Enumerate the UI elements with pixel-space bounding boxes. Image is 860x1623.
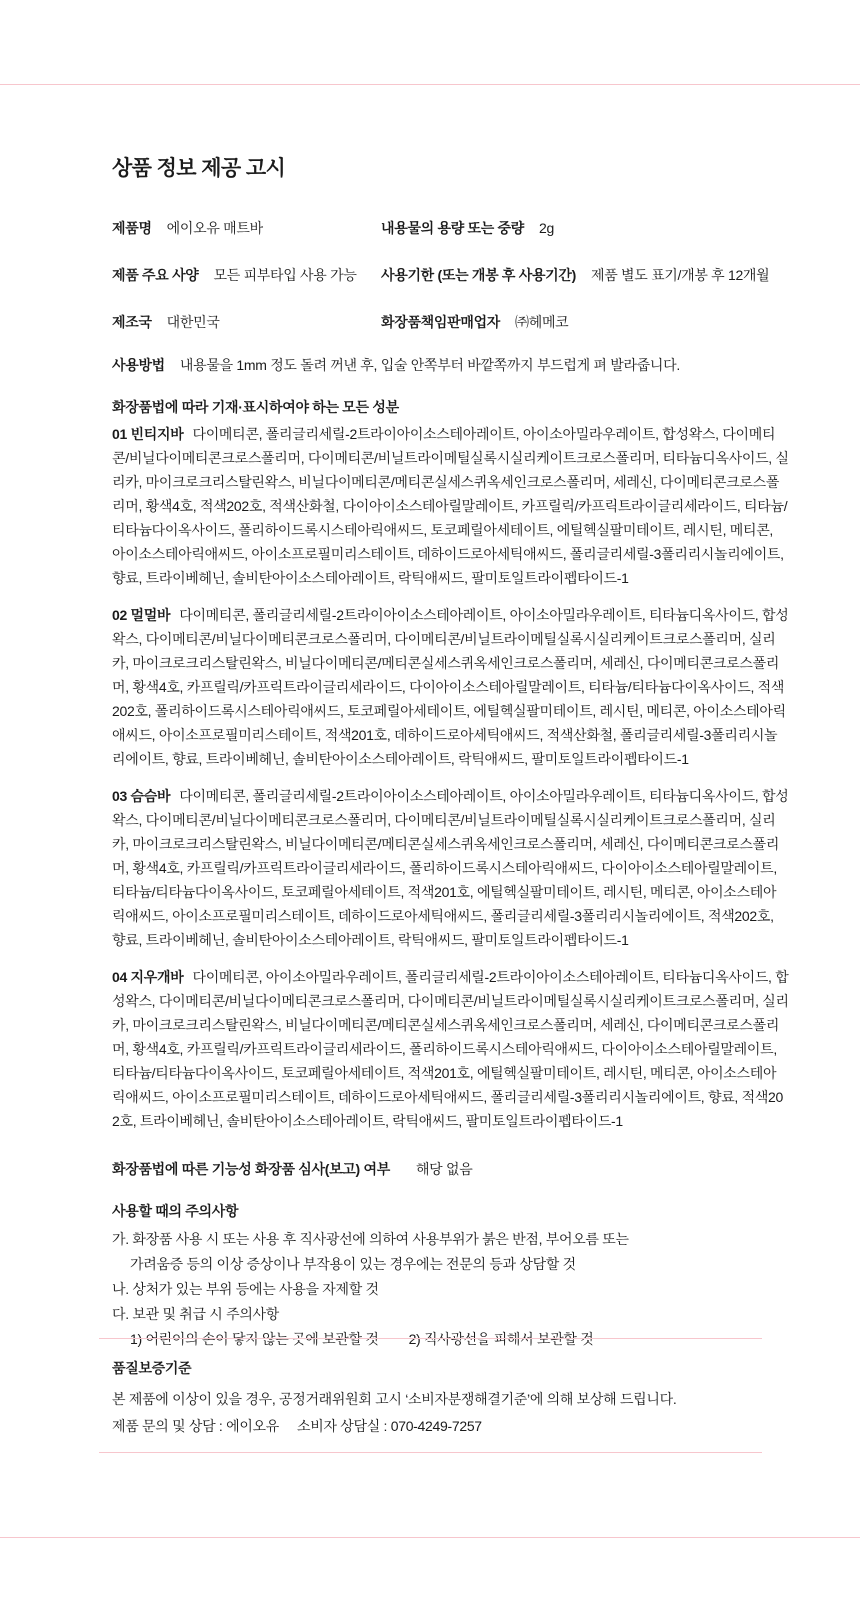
warranty-bottom-divider [99,1452,762,1453]
info-cell: 내용물의 용량 또는 중량2g [381,218,789,238]
ingredient-block-04: 04 지우개바다이메티콘, 아이소아밀라우레이트, 폴리글리세릴-2트라이아이소… [112,965,789,1133]
precautions-heading: 사용할 때의 주의사항 [112,1201,789,1221]
ingredient-text: 다이메티콘, 폴리글리세릴-2트라이아이소스테아레이트, 아이소아밀라우레이트,… [112,788,788,948]
info-cell: 제품 주요 사양모든 피부타입 사용 가능 [112,265,381,285]
field-label: 사용기한 (또는 개봉 후 사용기간) [381,267,576,283]
contact-product: 제품 문의 및 상담 : 에이오유 [112,1418,279,1434]
precaution-line: 다. 보관 및 취급 시 주의사항 [112,1302,789,1327]
precaution-line: 가. 화장품 사용 시 또는 사용 후 직사광선에 의하여 사용부위가 붉은 반… [112,1227,789,1252]
ingredient-text: 다이메티콘, 아이소아밀라우레이트, 폴리글리세릴-2트라이아이소스테아레이트,… [112,969,789,1129]
ingredient-name: 03 슴슴바 [112,788,170,804]
ingredient-block-01: 01 빈티지바다이메티콘, 폴리글리세릴-2트라이아이소스테아레이트, 아이소아… [112,422,789,590]
ingredient-name: 02 멀멀바 [112,607,170,623]
bottom-divider [0,1537,860,1538]
storage-rule-1: 1) 어린이의 손이 닿지 않는 곳에 보관할 것 [130,1331,379,1347]
info-cell: 화장품책임판매업자㈜헤메코 [381,312,789,332]
info-cell: 제조국대한민국 [112,312,381,332]
field-label: 제품 주요 사양 [112,267,199,283]
ingredient-name: 04 지우개바 [112,969,183,985]
field-value: 제품 별도 표기/개봉 후 12개월 [591,267,769,283]
info-cell: 제품명에이오유 매트바 [112,218,381,238]
content-area: 상품 정보 제공 고시 제품명에이오유 매트바 내용물의 용량 또는 중량2g … [112,0,789,1352]
warranty-top-divider [99,1338,762,1339]
warranty-section: 품질보증기준 본 제품에 이상이 있을 경우, 공정거래위원회 고시 ‘소비자분… [112,1358,789,1440]
field-label: 제품명 [112,220,152,236]
field-label: 내용물의 용량 또는 중량 [381,220,524,236]
precaution-line: 나. 상처가 있는 부위 등에는 사용을 자제할 것 [112,1277,789,1302]
usage-label: 사용방법 [112,357,165,373]
precaution-line: 가려움증 등의 이상 증상이나 부작용이 있는 경우에는 전문의 등과 상담할 … [112,1252,789,1277]
contact-line: 제품 문의 및 상담 : 에이오유소비자 상담실 : 070-4249-7257 [112,1413,789,1440]
warranty-heading: 품질보증기준 [112,1358,789,1378]
ingredient-text: 다이메티콘, 폴리글리세릴-2트라이아이소스테아레이트, 아이소아밀라우레이트,… [112,426,789,586]
field-value: 2g [539,220,554,236]
precaution-line: 1) 어린이의 손이 닿지 않는 곳에 보관할 것2) 직사광선을 피해서 보관… [112,1327,789,1352]
info-cell: 사용기한 (또는 개봉 후 사용기간)제품 별도 표기/개봉 후 12개월 [381,265,789,285]
storage-rule-2: 2) 직사광선을 피해서 보관할 것 [409,1331,594,1347]
contact-phone: 소비자 상담실 : 070-4249-7257 [297,1418,482,1434]
usage-row: 사용방법내용물을 1mm 정도 돌려 꺼낸 후, 입술 안쪽부터 바깥쪽까지 부… [112,355,789,375]
field-value: 에이오유 매트바 [167,220,263,236]
functional-value: 해당 없음 [416,1161,473,1177]
field-label: 제조국 [112,314,152,330]
product-info-page: { "title": "상품 정보 제공 고시", "colors": { "d… [0,0,860,1623]
info-row-product-name: 제품명에이오유 매트바 내용물의 용량 또는 중량2g [112,218,789,238]
info-row-country: 제조국대한민국 화장품책임판매업자㈜헤메코 [112,312,789,332]
info-row-spec: 제품 주요 사양모든 피부타입 사용 가능 사용기한 (또는 개봉 후 사용기간… [112,265,789,285]
warranty-notice: 본 제품에 이상이 있을 경우, 공정거래위원회 고시 ‘소비자분쟁해결기준’에… [112,1386,789,1413]
field-value: ㈜헤메코 [515,314,568,330]
field-value: 모든 피부타입 사용 가능 [214,267,357,283]
page-title: 상품 정보 제공 고시 [112,156,789,182]
functional-review-row: 화장품법에 따른 기능성 화장품 심사(보고) 여부해당 없음 [112,1159,789,1179]
ingredients-heading: 화장품법에 따라 기재·표시하여야 하는 모든 성분 [112,397,789,417]
ingredient-block-03: 03 슴슴바다이메티콘, 폴리글리세릴-2트라이아이소스테아레이트, 아이소아밀… [112,784,789,952]
usage-value: 내용물을 1mm 정도 돌려 꺼낸 후, 입술 안쪽부터 바깥쪽까지 부드럽게 … [180,357,680,373]
ingredient-name: 01 빈티지바 [112,426,183,442]
ingredient-text: 다이메티콘, 폴리글리세릴-2트라이아이소스테아레이트, 아이소아밀라우레이트,… [112,607,788,767]
field-label: 화장품책임판매업자 [381,314,500,330]
ingredient-block-02: 02 멀멀바다이메티콘, 폴리글리세릴-2트라이아이소스테아레이트, 아이소아밀… [112,603,789,771]
functional-label: 화장품법에 따른 기능성 화장품 심사(보고) 여부 [112,1161,390,1177]
field-value: 대한민국 [167,314,220,330]
